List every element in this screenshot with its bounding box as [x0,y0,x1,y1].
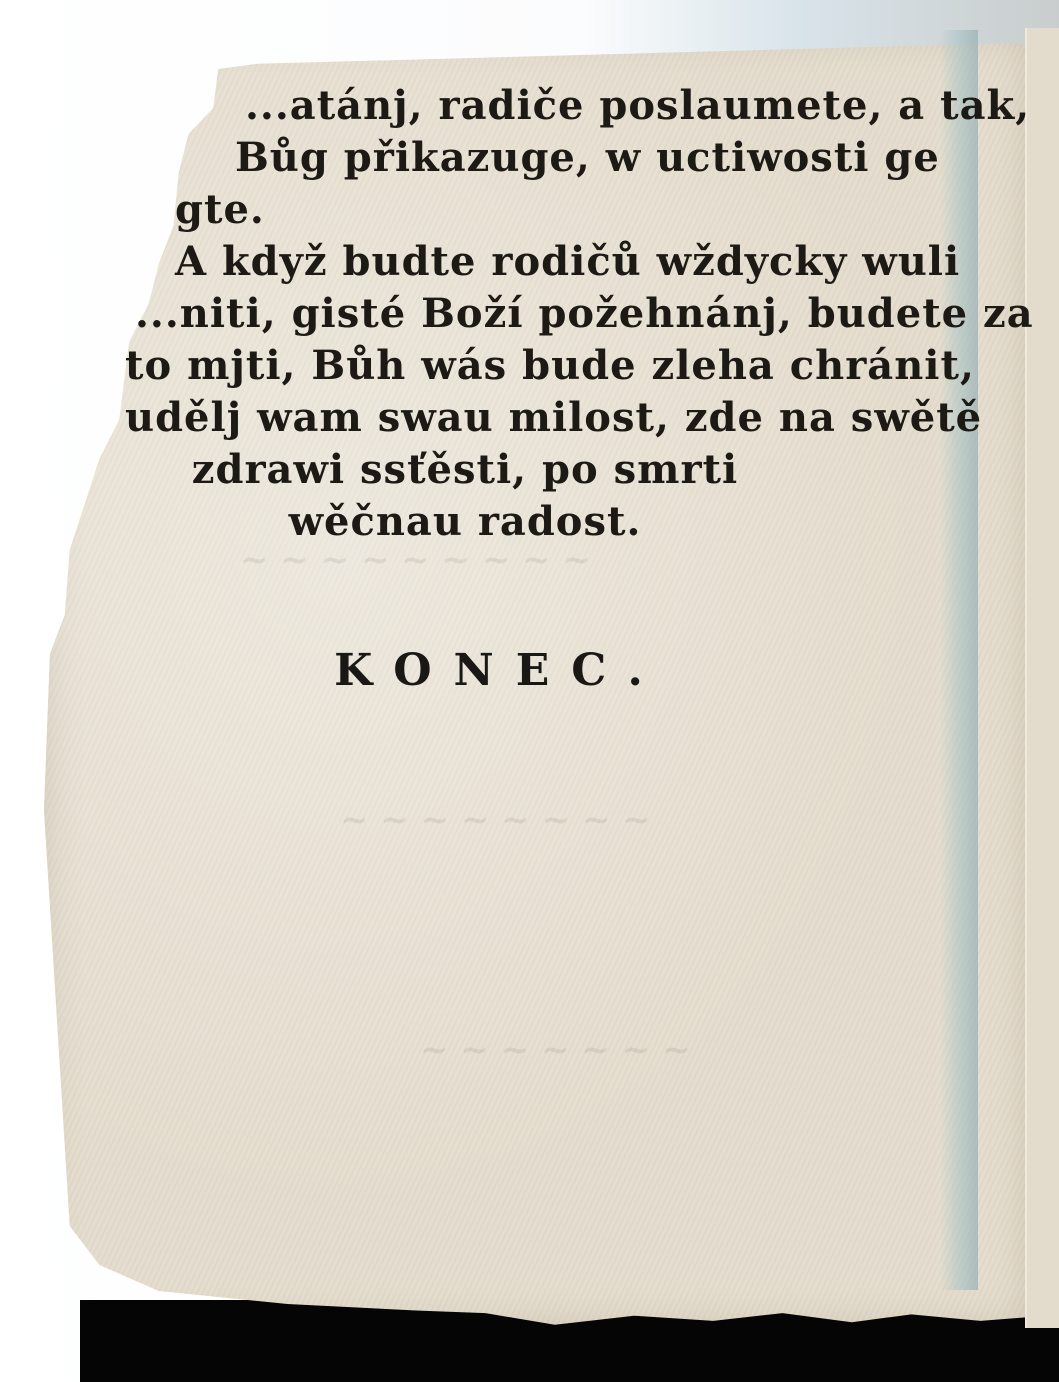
text-line: ...niti, gisté Boží požehnánj, budete za [125,288,965,340]
text-line: udělj wam swau milost, zde na swětě [125,392,965,444]
text-line: gte. [125,184,965,236]
body-text: ...atánj, radiče poslaumete, a tak, Bůg … [125,80,965,548]
text-line: ...atánj, radiče poslaumete, a tak, [125,80,965,132]
text-line: zdrawi ssťěsti, po smrti [125,444,965,496]
show-through-text: ~ ~ ~ ~ ~ ~ ~ [420,1030,690,1070]
text-line: A když budte rodičů wždycky wuli [125,236,965,288]
show-through-text: ~ ~ ~ ~ ~ ~ ~ ~ [340,800,651,840]
text-line: to mjti, Bůh wás bude zleha chránit, [125,340,965,392]
text-line: Bůg přikazuge, w uctiwosti ge [125,132,965,184]
closing-heading: KONEC. [0,645,1059,696]
text-line: wěčnau radost. [125,496,965,548]
